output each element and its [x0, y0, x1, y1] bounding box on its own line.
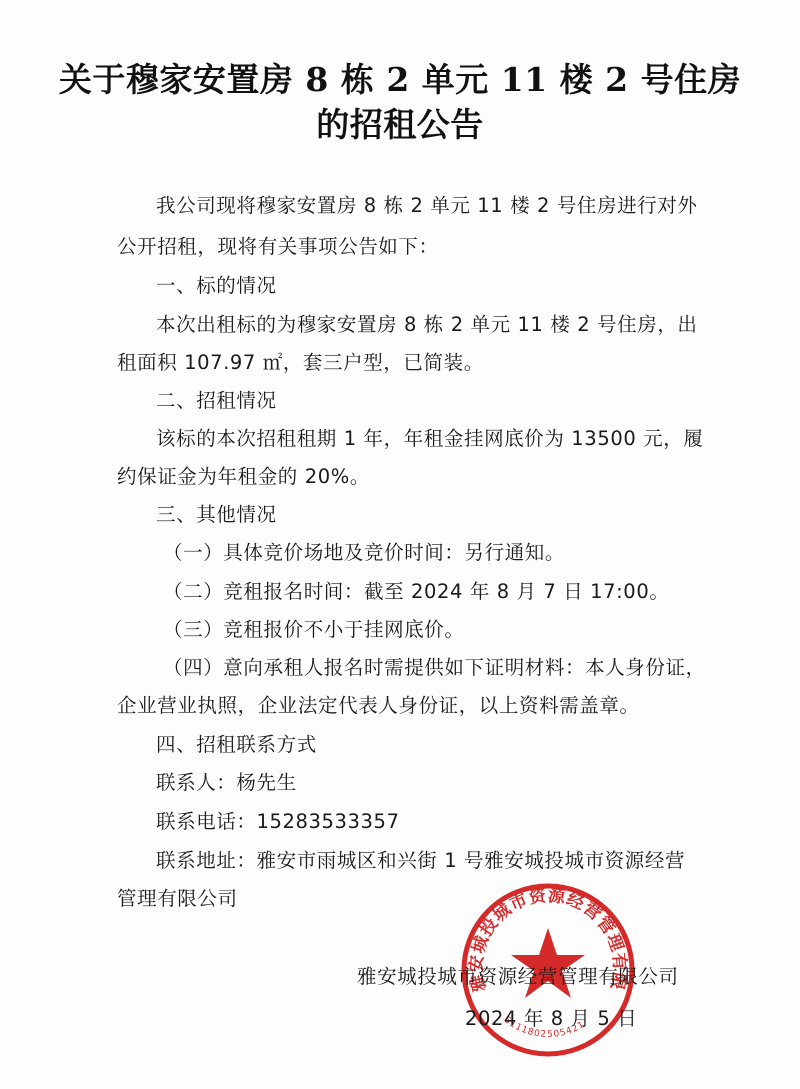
section2-heading: 二、招租情况	[156, 385, 277, 413]
contact-address-line2: 管理有限公司	[117, 883, 238, 911]
signature-company: 雅安城投城市资源经营管理有限公司	[357, 961, 679, 989]
section2-text-line1: 该标的本次招租租期 1 年，年租金挂网底价为 13500 元，履	[156, 423, 703, 451]
contact-phone: 联系电话：15283533357	[156, 806, 400, 834]
section3-heading: 三、其他情况	[156, 499, 277, 527]
section1-heading: 一、标的情况	[156, 270, 277, 298]
document-title-line2: 的招租公告	[0, 99, 800, 146]
document-title-line1: 关于穆家安置房 8 栋 2 单元 11 楼 2 号住房	[0, 54, 800, 101]
section2-text-line2: 约保证金为年租金的 20%。	[117, 461, 370, 489]
section1-text-line1: 本次出租标的为穆家安置房 8 栋 2 单元 11 楼 2 号住房，出	[156, 309, 698, 337]
section3-item4-line2: 企业营业执照，企业法定代表人身份证，以上资料需盖章。	[117, 690, 640, 718]
section3-item1: （一）具体竞价场地及竞价时间：另行通知。	[163, 537, 565, 565]
intro-line2: 公开招租，现将有关事项公告如下：	[117, 231, 439, 259]
intro-line1: 我公司现将穆家安置房 8 栋 2 单元 11 楼 2 号住房进行对外	[156, 190, 698, 218]
section3-item3: （三）竞租报价不小于挂网底价。	[163, 614, 465, 642]
signature-date: 2024 年 8 月 5 日	[465, 1003, 637, 1031]
section3-item4-line1: （四）意向承租人报名时需提供如下证明材料：本人身份证，	[163, 652, 706, 680]
section4-heading: 四、招租联系方式	[156, 729, 317, 757]
contact-person: 联系人：杨先生	[156, 767, 297, 795]
contact-address-line1: 联系地址：雅安市雨城区和兴街 1 号雅安城投城市资源经营	[156, 845, 685, 873]
section1-text-line2: 租面积 107.97 ㎡，套三户型，已简装。	[117, 347, 484, 375]
section3-item2: （二）竞租报名时间：截至 2024 年 8 月 7 日 17:00。	[163, 576, 669, 604]
